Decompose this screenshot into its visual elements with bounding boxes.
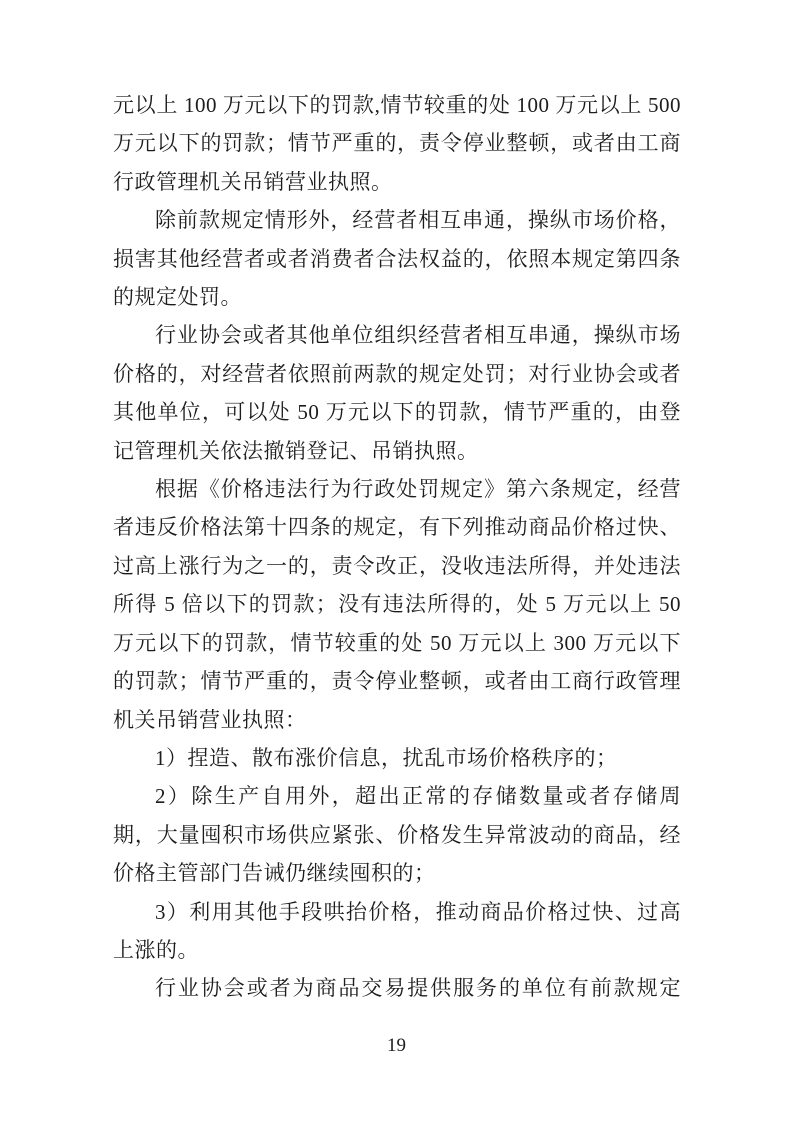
document-body: 元以上 100 万元以下的罚款,情节较重的处 100 万元以上 500 万元以下…: [113, 86, 681, 1008]
paragraph-continues-next-page: 行业协会或者为商品交易提供服务的单位有前款规定: [113, 969, 681, 1007]
paragraph: 根据《价格违法行为行政处罚规定》第六条规定，经营者违反价格法第十四条的规定，有下…: [113, 470, 681, 739]
document-page: 元以上 100 万元以下的罚款,情节较重的处 100 万元以上 500 万元以下…: [0, 0, 793, 1122]
paragraph: 除前款规定情形外，经营者相互串通，操纵市场价格，损害其他经营者或者消费者合法权益…: [113, 201, 681, 316]
list-item-2: 2）除生产自用外，超出正常的存储数量或者存储周期，大量囤积市场供应紧张、价格发生…: [113, 777, 681, 892]
list-item-1: 1）捏造、散布涨价信息，扰乱市场价格秩序的；: [113, 739, 681, 777]
paragraph-continued-from-previous-page: 元以上 100 万元以下的罚款,情节较重的处 100 万元以上 500 万元以下…: [113, 86, 681, 201]
list-item-3: 3）利用其他手段哄抬价格，推动商品价格过快、过高上涨的。: [113, 893, 681, 970]
page-number: 19: [0, 1034, 793, 1058]
paragraph: 行业协会或者其他单位组织经营者相互串通，操纵市场价格的，对经营者依照前两款的规定…: [113, 316, 681, 470]
